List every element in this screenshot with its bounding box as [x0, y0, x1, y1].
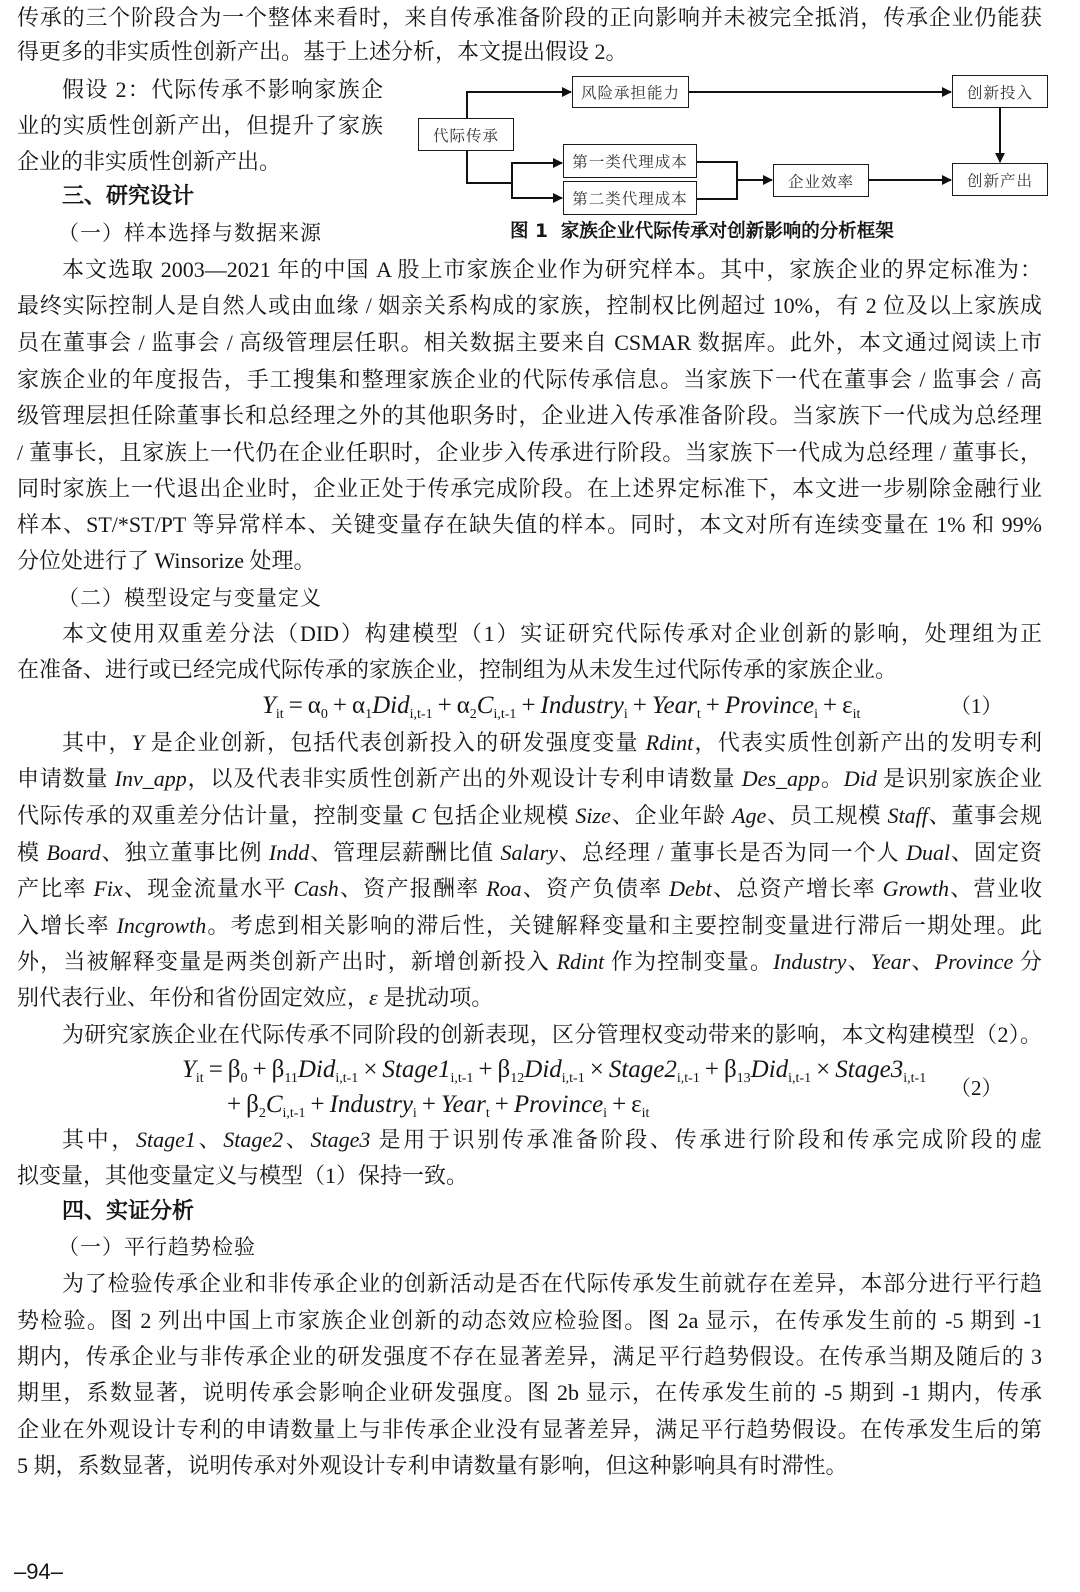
variable-name: Board — [46, 840, 100, 865]
equation-2-line-2: +β2Ci,t-1+Industryi+Yeart+Provincei+εit — [222, 1087, 649, 1123]
subsection-heading: （一）样本选择与数据来源 — [58, 215, 322, 251]
equation-2-number: （2） — [950, 1070, 1003, 1106]
paragraph-line: 样本、ST/*ST/PT 等异常样本、关键变量存在缺失值的样本。同时，本文对所有… — [17, 507, 1042, 543]
math-subscript: 11 — [284, 1071, 297, 1086]
document-page: 传承的三个阶段合为一个整体来看时，来自传承准备阶段的正向影响并未被完全抵消，传承… — [0, 0, 1080, 1592]
math-operator: × — [590, 1052, 604, 1088]
math-operator: + — [823, 688, 837, 724]
math-subscript: i,t-1 — [283, 1106, 306, 1121]
text-run: 其中， — [62, 730, 132, 755]
text-run: 其中， — [62, 1127, 136, 1152]
paragraph-line: 外，当被解释变量是两类创新产出时，新增创新投入 Rdint 作为控制变量。Ind… — [17, 944, 1042, 980]
subsection-heading: （一）平行趋势检验 — [58, 1229, 256, 1265]
math-operator: + — [333, 688, 347, 724]
math-symbol: ε — [631, 1091, 642, 1118]
math-subscript: 2 — [259, 1106, 266, 1121]
node-succession: 代际传承 — [418, 118, 514, 151]
variable-name: Dual — [906, 840, 950, 865]
math-symbol: β — [272, 1056, 285, 1083]
text-run: 。考虑到相关影响的滞后性，关键解释变量和主要控制变量进行滞后一期处理。此 — [206, 913, 1042, 938]
text-run: 申请数量 — [17, 766, 115, 791]
text-run: 入增长率 — [17, 913, 117, 938]
text-run: ，以及代表非实质性创新产出的外观设计专利申请数量 — [187, 766, 742, 791]
paragraph-line: 入增长率 Incgrowth。考虑到相关影响的滞后性，关键解释变量和主要控制变量… — [17, 908, 1042, 944]
paragraph-line: 期内，传承企业与非传承企业的研发强度不存在显著差异，满足平行趋势假设。在传承当期… — [17, 1339, 1042, 1375]
variable-name: Staff — [888, 803, 928, 828]
variable-name: Indd — [269, 840, 309, 865]
math-symbol: Y — [262, 692, 276, 719]
math-operator: + — [706, 688, 720, 724]
equation-1: Yit=α0+α1Didi,t-1+α2Ci,t-1+Industryi+Yea… — [262, 688, 860, 724]
text-run: 、 — [846, 949, 870, 974]
math-symbol: α — [352, 692, 365, 719]
paragraph-line: 同时家族上一代退出企业时，企业正处于传承完成阶段。在上述界定标准下，本文进一步剔… — [17, 471, 1042, 507]
section-heading: 四、实证分析 — [62, 1194, 194, 1230]
variable-name: Age — [732, 803, 766, 828]
math-operator: + — [705, 1052, 719, 1088]
text-run: 、资产报酬率 — [339, 876, 486, 901]
math-operator: + — [422, 1087, 436, 1123]
variable-name: Roa — [486, 876, 521, 901]
node-risk-bearing: 风险承担能力 — [572, 76, 689, 108]
variable-name: Stage3 — [310, 1127, 370, 1152]
node-innovation-output: 创新产出 — [952, 163, 1048, 196]
subsection-heading: （二）模型设定与变量定义 — [58, 580, 322, 616]
math-term: Stage3i,t-1 — [835, 1052, 926, 1097]
text-run: 、企业年龄 — [611, 803, 732, 828]
math-operator: + — [227, 1087, 241, 1123]
math-term: Yit — [182, 1052, 204, 1097]
math-subscript: i,t-1 — [677, 1071, 700, 1086]
math-symbol: C — [477, 692, 494, 719]
variable-name: Stage1 — [136, 1127, 196, 1152]
math-subscript: 0 — [241, 1071, 248, 1086]
paragraph-line: 产比率 Fix、现金流量水平 Cash、资产报酬率 Roa、资产负债率 Debt… — [17, 871, 1042, 907]
math-symbol: α — [457, 692, 470, 719]
node-agency-cost-type1: 第一类代理成本 — [563, 144, 697, 178]
text-run: 是企业创新，包括代表创新投入的研发强度变量 — [144, 730, 646, 755]
text-run: 、营业收 — [949, 876, 1042, 901]
text-run: 、固定资 — [950, 840, 1042, 865]
math-subscript: i,t-1 — [493, 707, 516, 722]
math-subscript: it — [642, 1106, 650, 1121]
math-symbol: Province — [514, 1091, 603, 1118]
math-term: Didi,t-1 — [751, 1052, 811, 1097]
paragraph-line: 其中，Stage1、Stage2、Stage3 是用于识别传承准备阶段、传承进行… — [62, 1122, 1042, 1158]
node-innovation-input: 创新投入 — [952, 75, 1048, 108]
text-run: 分 — [1013, 949, 1042, 974]
text-run: 作为控制变量。 — [604, 949, 773, 974]
math-operator: + — [633, 688, 647, 724]
variable-name: Rdint — [646, 730, 694, 755]
math-operator: + — [521, 688, 535, 724]
math-operator: × — [816, 1052, 830, 1088]
math-symbol: C — [266, 1091, 283, 1118]
text-run: 代际传承的双重差分估计量，控制变量 — [17, 803, 411, 828]
text-run: 外，当被解释变量是两类创新产出时，新增创新投入 — [17, 949, 557, 974]
text-run: 、总资产增长率 — [712, 876, 883, 901]
paragraph-line: 为了检验传承企业和非传承企业的创新活动是否在代际传承发生前就存在差异，本部分进行… — [62, 1266, 1042, 1302]
math-symbol: β — [246, 1091, 259, 1118]
math-symbol: β — [228, 1056, 241, 1083]
variable-name: Year — [871, 949, 911, 974]
variable-name: C — [411, 803, 426, 828]
variable-name: Did — [844, 766, 877, 791]
text-run: 模 — [17, 840, 46, 865]
math-symbol: Did — [372, 692, 410, 719]
math-operator: = — [289, 688, 303, 724]
paragraph-line: 申请数量 Inv_app，以及代表非实质性创新产出的外观设计专利申请数量 Des… — [17, 761, 1042, 797]
math-symbol: Province — [725, 692, 814, 719]
math-operator: + — [478, 1052, 492, 1088]
math-subscript: i,t-1 — [903, 1071, 926, 1086]
math-subscript: i — [814, 707, 818, 722]
paragraph-line: 分位处进行了 Winsorize 处理。 — [17, 543, 1042, 579]
math-symbol: Did — [524, 1056, 562, 1083]
variable-name: Growth — [883, 876, 949, 901]
paragraph-line: 级管理层担任除董事长和总经理之外的其他职务时，企业进入传承准备阶段。当家族下一代… — [17, 398, 1042, 434]
math-subscript: i — [624, 707, 628, 722]
math-subscript: i,t-1 — [335, 1071, 358, 1086]
equation-1-number: （1） — [950, 688, 1003, 724]
math-symbol: ε — [842, 692, 853, 719]
variable-name: Incgrowth — [117, 913, 207, 938]
paragraph-line: 家族企业的年度报告，手工搜集和整理家族企业的代际传承信息。当家族下一代在董事会 … — [17, 362, 1042, 398]
math-subscript: it — [196, 1071, 204, 1086]
text-run: 、董事会规 — [928, 803, 1042, 828]
node-firm-efficiency: 企业效率 — [773, 164, 869, 197]
math-operator: + — [495, 1087, 509, 1123]
math-subscript: 13 — [737, 1071, 751, 1086]
variable-name: Salary — [500, 840, 557, 865]
text-run: 、员工规模 — [766, 803, 887, 828]
math-symbol: β — [724, 1056, 737, 1083]
text-run: 别代表行业、年份和省份固定效应， — [17, 985, 369, 1010]
equation-2-line-1: Yit=β0+β11Didi,t-1×Stage1i,t-1+β12Didi,t… — [182, 1052, 926, 1088]
variable-name: Y — [132, 730, 144, 755]
paragraph-line: 期里，系数显著，说明传承会影响企业研发强度。图 2b 显示，在传承发生前的 -5… — [17, 1375, 1042, 1411]
text-run: 、独立董事比例 — [101, 840, 269, 865]
variable-name: Inv_app — [115, 766, 187, 791]
figure-1-caption: 图 1 家族企业代际传承对创新影响的分析框架 — [510, 218, 894, 246]
paragraph-line: 模 Board、独立董事比例 Indd、管理层薪酬比值 Salary、总经理 /… — [17, 835, 1042, 871]
paragraph-line: 最终实际控制人是自然人或由血缘 / 姻亲关系构成的家族，控制权比例超过 10%，… — [17, 288, 1042, 324]
paragraph-line: 本文使用双重差分法（DID）构建模型（1）实证研究代际传承对企业创新的影响，处理… — [62, 616, 1042, 652]
variable-name: Industry — [773, 949, 846, 974]
math-subscript: it — [276, 707, 284, 722]
math-operator: + — [438, 688, 452, 724]
text-run: 是扰动项。 — [378, 985, 494, 1010]
paragraph-line: 5 期，系数显著，说明传承对外观设计专利申请数量有影响，但这种影响具有时滞性。 — [17, 1448, 1042, 1484]
math-symbol: Year — [652, 692, 697, 719]
variable-name: Stage2 — [223, 1127, 283, 1152]
variable-name: Cash — [294, 876, 339, 901]
math-subscript: i — [603, 1106, 607, 1121]
variable-name: Size — [575, 803, 610, 828]
math-symbol: Industry — [541, 692, 624, 719]
math-subscript: t — [486, 1106, 490, 1121]
variable-name: Des_app — [742, 766, 820, 791]
paragraph-line: 在准备、进行或已经完成代际传承的家族企业，控制组为从未发生过代际传承的家族企业。 — [17, 652, 1042, 688]
text-run: 包括企业规模 — [426, 803, 576, 828]
math-operator: + — [612, 1087, 626, 1123]
math-subscript: 0 — [321, 707, 328, 722]
text-run: 、总经理 / 董事长是否为同一个人 — [558, 840, 906, 865]
math-symbol: α — [308, 692, 321, 719]
math-subscript: 12 — [510, 1071, 524, 1086]
paragraph-line: 员在董事会 / 监事会 / 高级管理层任职。相关数据主要来自 CSMAR 数据库… — [17, 325, 1042, 361]
node-agency-cost-type2: 第二类代理成本 — [563, 181, 697, 215]
paragraph-line: 其中，Y 是企业创新，包括代表创新投入的研发强度变量 Rdint，代表实质性创新… — [62, 725, 1042, 761]
text-run: 、 — [196, 1127, 223, 1152]
math-symbol: β — [498, 1056, 511, 1083]
text-run: 、管理层薪酬比值 — [309, 840, 500, 865]
text-run: 是识别家族企业 — [877, 766, 1042, 791]
text-run: 、 — [910, 949, 934, 974]
math-subscript: i,t-1 — [410, 707, 433, 722]
math-subscript: i,t-1 — [788, 1071, 811, 1086]
text-run: 。 — [820, 766, 844, 791]
math-operator: × — [363, 1052, 377, 1088]
math-operator: + — [253, 1052, 267, 1088]
paragraph-line: 拟变量，其他变量定义与模型（1）保持一致。 — [17, 1158, 1042, 1194]
text-run: 、现金流量水平 — [123, 876, 294, 901]
paragraph-line: 企业在外观设计专利的申请数量上与非传承企业没有显著差异，满足平行趋势假设。在传承… — [17, 1412, 1042, 1448]
paragraph-line: / 董事长，且家族上一代仍在企业任职时，企业步入传承进行阶段。当家族下一代成为总… — [17, 435, 1042, 471]
variable-name: Province — [935, 949, 1014, 974]
math-symbol: Stage1 — [382, 1056, 450, 1083]
variable-name: Fix — [93, 876, 122, 901]
math-symbol: Stage2 — [609, 1056, 677, 1083]
paragraph-line: 本文选取 2003—2021 年的中国 A 股上市家族企业作为研究样本。其中，家… — [62, 252, 1042, 288]
paragraph-line: 代际传承的双重差分估计量，控制变量 C 包括企业规模 Size、企业年龄 Age… — [17, 798, 1042, 834]
math-subscript: 2 — [470, 707, 477, 722]
math-symbol: Did — [751, 1056, 789, 1083]
section-heading: 三、研究设计 — [62, 179, 194, 215]
math-operator: + — [310, 1087, 324, 1123]
math-symbol: Stage3 — [835, 1056, 903, 1083]
math-symbol: Year — [441, 1091, 486, 1118]
text-run: 、 — [283, 1127, 310, 1152]
math-subscript: i,t-1 — [450, 1071, 473, 1086]
math-symbol: Y — [182, 1056, 196, 1083]
variable-name: Debt — [669, 876, 712, 901]
math-subscript: i,t-1 — [562, 1071, 585, 1086]
math-subscript: i — [413, 1106, 417, 1121]
math-subscript: it — [853, 707, 861, 722]
text-run: 是用于识别传承准备阶段、传承进行阶段和传承完成阶段的虚 — [370, 1127, 1042, 1152]
math-subscript: t — [697, 707, 701, 722]
page-number: –94– — [14, 1556, 63, 1588]
text-run: ，代表实质性创新产出的发明专利 — [693, 730, 1042, 755]
math-term: β13 — [724, 1052, 751, 1097]
paragraph-line: 别代表行业、年份和省份固定效应，ε 是扰动项。 — [17, 980, 1042, 1016]
variable-name: Rdint — [557, 949, 605, 974]
text-run: 产比率 — [17, 876, 93, 901]
paragraph-line: 势检验。图 2 列出中国上市家族企业创新的动态效应检验图。图 2a 显示，在传承… — [17, 1303, 1042, 1339]
math-symbol: Industry — [330, 1091, 413, 1118]
paragraph-line: 为研究家族企业在代际传承不同阶段的创新表现，区分管理权变动带来的影响，本文构建模… — [62, 1017, 1042, 1053]
math-operator: = — [209, 1052, 223, 1088]
text-run: 、资产负债率 — [522, 876, 669, 901]
variable-name: ε — [369, 985, 378, 1010]
math-symbol: Did — [298, 1056, 336, 1083]
